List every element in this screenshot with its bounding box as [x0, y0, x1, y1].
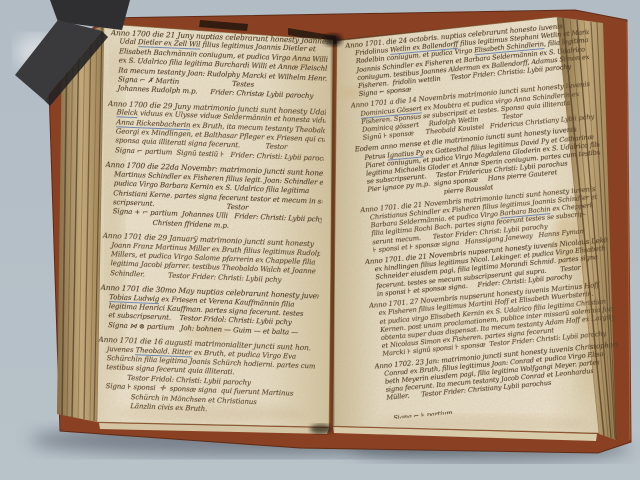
- archivist-underline: Blelck: [116, 109, 138, 119]
- left-page-text: Anno 1700 die 21 Juny nuptias celebrarun…: [96, 28, 329, 422]
- register-entry: Anno 1700 die 29 Juny matrimonio juncti …: [106, 99, 326, 164]
- register-entry: Anno 1700 die 21 Juny nuptias celebrarun…: [108, 28, 328, 103]
- register-entry: Anno 1701 die 29 Januarÿ matrimonio junc…: [101, 231, 321, 287]
- register-entry: Anno 1700 die 22da Novembr: matrimonio j…: [103, 160, 323, 235]
- register-entry: Anno 1701 die 16 augusti matrimonialiter…: [96, 335, 317, 419]
- archival-photo: Anno 1700 die 21 Juny nuptias celebrarun…: [0, 0, 640, 480]
- right-page-text: Anno 1701. die 24 octobris. nuptias cele…: [345, 20, 622, 421]
- register-entry: Anno 1701 die 30mo May nuptias celebraru…: [99, 283, 319, 339]
